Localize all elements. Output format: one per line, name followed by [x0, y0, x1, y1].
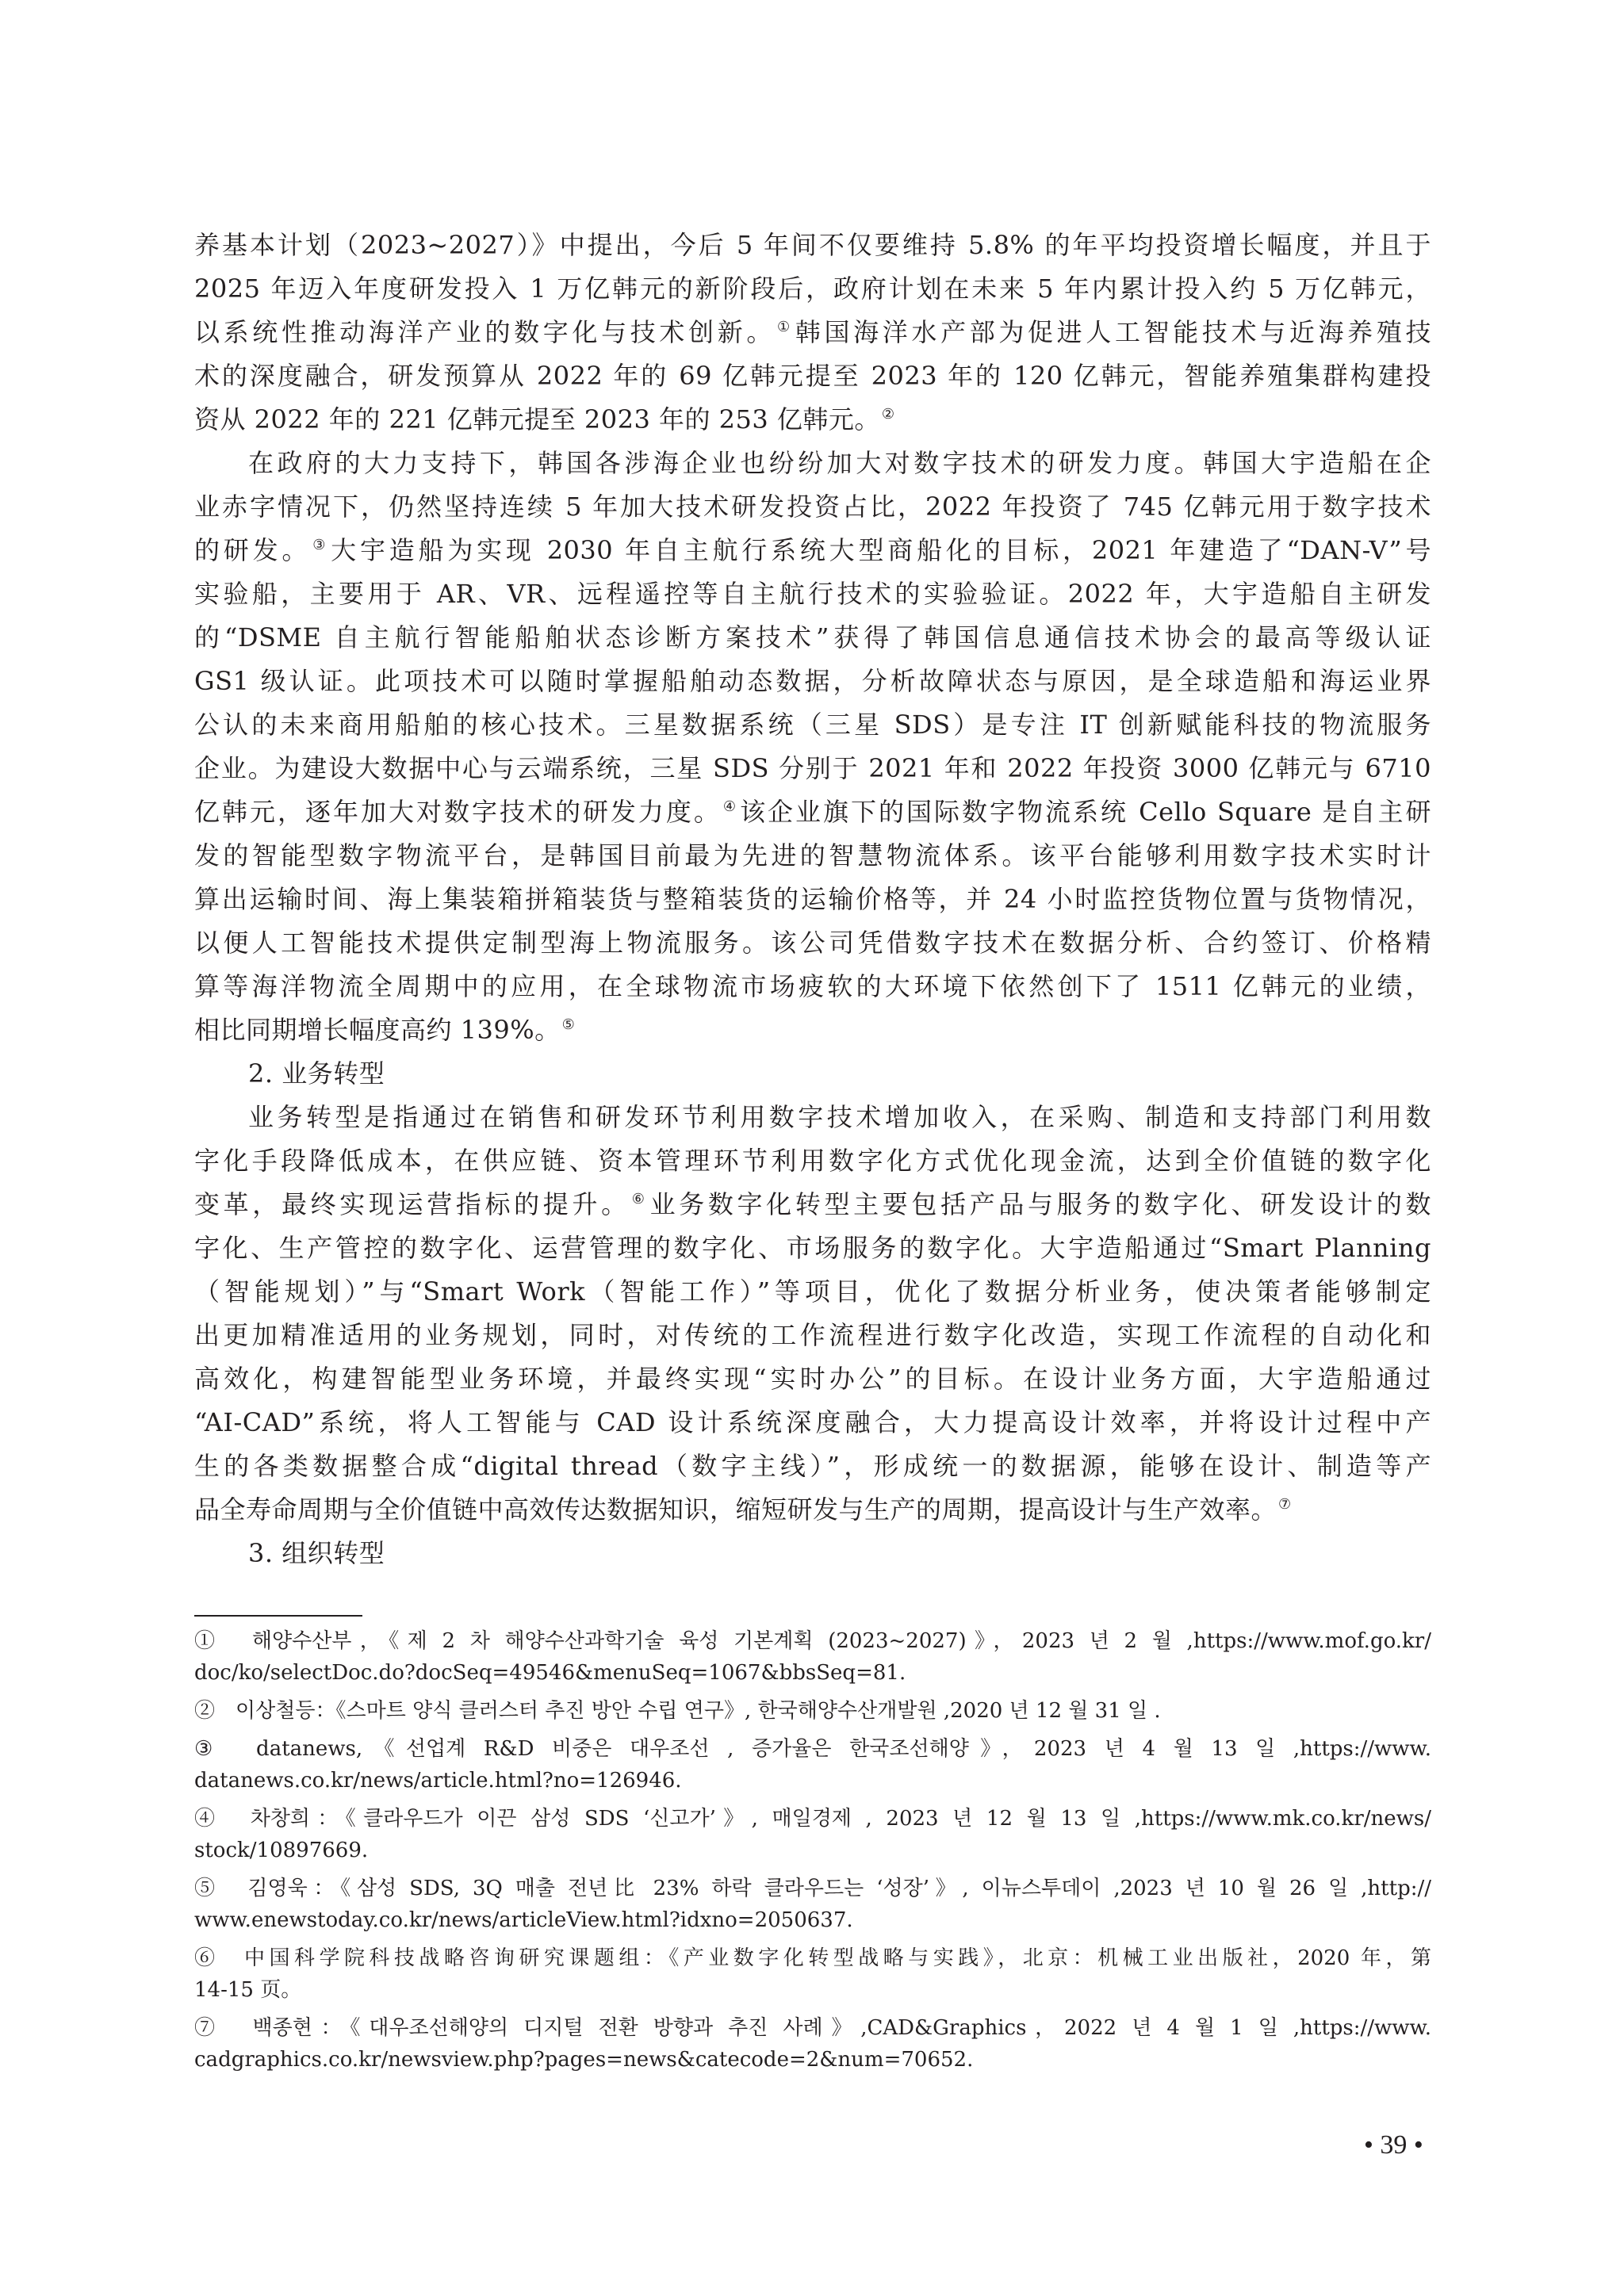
text-line: 资从 2022 年的 221 亿韩元提至 2023 年的 253 亿韩元。② — [194, 398, 1431, 442]
footnote-line: 14-15 页。 — [194, 1974, 1431, 2006]
line-text: 字化、生产管控的数字化、运营管理的数字化、市场服务的数字化。大宇造船通过“Sma… — [194, 1233, 1431, 1263]
footnote-line: stock/10897669. — [194, 1835, 1431, 1866]
footnote-item: ② 이상철등：《스마트 양식 클러스터 추진 방안 수립 연구》, 한국해양수산… — [194, 1695, 1431, 1727]
footnote-item: ⑦ 백종현：《대우조선해양의 디지털 전환 방향과 추진 사례》,CAD&Gra… — [194, 2012, 1431, 2076]
line-text: 亿韩元，逐年加大对数字技术的研发力度。 — [194, 797, 722, 827]
line-text: 生的各类数据整合成“digital thread（数字主线）”，形成统一的数据源… — [194, 1451, 1431, 1481]
line-text: 术的深度融合，研发预算从 2022 年的 69 亿韩元提至 2023 年的 12… — [194, 361, 1431, 391]
footnote-line: ⑤ 김영욱：《삼성 SDS, 3Q 매출 전년比 23% 하락 클라우드는 ‘성… — [194, 1873, 1431, 1904]
footnote-line: ③ datanews,《선업계 R&D 비중은 대우조선 , 증가율은 한국조선… — [194, 1733, 1431, 1765]
section-heading: 2. 业务转型 — [194, 1052, 1431, 1096]
line-text: 高效化，构建智能型业务环境，并最终实现“实时办公”的目标。在设计业务方面，大宇造… — [194, 1364, 1431, 1394]
page-number: • 39 • — [1364, 2130, 1423, 2160]
line-text: 相比同期增长幅度高约 139%。 — [194, 1015, 561, 1045]
line-text: （智能规划）”与“Smart Work（智能工作）”等项目，优化了数据分析业务，… — [194, 1276, 1431, 1307]
text-line: 实验船，主要用于 AR、VR、远程遥控等自主航行技术的实验验证。2022 年，大… — [194, 572, 1431, 616]
footnote-item: ① 해양수산부，《제 2 차 해양수산과학기술 육성 기본계획 (2023~20… — [194, 1625, 1431, 1689]
footnote-line: ⑥ 中国科学院科技战略咨询研究课题组：《产业数字化转型战略与实践》，北京：机械工… — [194, 1942, 1431, 1974]
line-text: 3. 组织转型 — [248, 1538, 385, 1568]
text-line: （智能规划）”与“Smart Work（智能工作）”等项目，优化了数据分析业务，… — [194, 1270, 1431, 1314]
line-text: 品全寿命周期与全价值链中高效传达数据知识，缩短研发与生产的周期，提高设计与生产效… — [194, 1494, 1277, 1525]
line-text: 大宇造船为实现 2030 年自主航行系统大型商船化的目标，2021 年建造了“D… — [331, 535, 1431, 565]
line-text: 的研发。 — [194, 535, 311, 565]
text-line: 业赤字情况下，仍然坚持连续 5 年加大技术研发投资占比，2022 年投资了 74… — [194, 485, 1431, 529]
text-line: 业务转型是指通过在销售和研发环节利用数字技术增加收入，在采购、制造和支持部门利用… — [194, 1096, 1431, 1139]
text-line: 算出运输时间、海上集装箱拼箱装货与整箱装货的运输价格等，并 24 小时监控货物位… — [194, 878, 1431, 921]
text-line: 以便人工智能技术提供定制型海上物流服务。该公司凭借数字技术在数据分析、合约签订、… — [194, 921, 1431, 965]
line-text: 字化手段降低成本，在供应链、资本管理环节利用数字化方式优化现金流，达到全价值链的… — [194, 1146, 1431, 1176]
footnote-marker[interactable]: ④ — [723, 798, 738, 815]
line-text: 2025 年迈入年度研发投入 1 万亿韩元的新阶段后，政府计划在未来 5 年内累… — [194, 274, 1431, 304]
line-text: 实验船，主要用于 AR、VR、远程遥控等自主航行技术的实验验证。2022 年，大… — [194, 579, 1431, 609]
text-line: 的研发。③大宇造船为实现 2030 年自主航行系统大型商船化的目标，2021 年… — [194, 529, 1431, 572]
text-line: 品全寿命周期与全价值链中高效传达数据知识，缩短研发与生产的周期，提高设计与生产效… — [194, 1488, 1431, 1532]
text-line: 公认的未来商用船舶的核心技术。三星数据系统（三星 SDS）是专注 IT 创新赋能… — [194, 703, 1431, 747]
line-text: 以便人工智能技术提供定制型海上物流服务。该公司凭借数字技术在数据分析、合约签订、… — [194, 928, 1431, 958]
footnote-line: ② 이상철등：《스마트 양식 클러스터 추진 방안 수립 연구》, 한국해양수산… — [194, 1695, 1431, 1727]
text-line: “AI-CAD”系统，将人工智能与 CAD 设计系统深度融合，大力提高设计效率，… — [194, 1401, 1431, 1445]
section-heading: 3. 组织转型 — [194, 1532, 1431, 1575]
text-line: 出更加精准适用的业务规划，同时，对传统的工作流程进行数字化改造，实现工作流程的自… — [194, 1314, 1431, 1357]
body-text: 养基本计划（2023~2027）》中提出，今后 5 年间不仅要维持 5.8% 的… — [194, 224, 1431, 1575]
line-text: 以系统性推动海洋产业的数字化与技术创新。 — [194, 317, 776, 347]
text-line: 字化、生产管控的数字化、运营管理的数字化、市场服务的数字化。大宇造船通过“Sma… — [194, 1226, 1431, 1270]
text-line: 以系统性推动海洋产业的数字化与技术创新。①韩国海洋水产部为促进人工智能技术与近海… — [194, 311, 1431, 354]
line-text: 变革，最终实现运营指标的提升。 — [194, 1189, 630, 1219]
text-line: 亿韩元，逐年加大对数字技术的研发力度。④该企业旗下的国际数字物流系统 Cello… — [194, 790, 1431, 834]
text-line: 生的各类数据整合成“digital thread（数字主线）”，形成统一的数据源… — [194, 1445, 1431, 1488]
line-text: 资从 2022 年的 221 亿韩元提至 2023 年的 253 亿韩元。 — [194, 404, 880, 434]
footnote-item: ⑤ 김영욱：《삼성 SDS, 3Q 매출 전년比 23% 하락 클라우드는 ‘성… — [194, 1873, 1431, 1936]
line-text: 出更加精准适用的业务规划，同时，对传统的工作流程进行数字化改造，实现工作流程的自… — [194, 1320, 1431, 1350]
line-text: GS1 级认证。此项技术可以随时掌握船舶动态数据，分析故障状态与原因，是全球造船… — [194, 666, 1431, 696]
line-text: 韩国海洋水产部为促进人工智能技术与近海养殖技 — [795, 317, 1431, 347]
line-text: 发的智能型数字物流平台，是韩国目前最为先进的智慧物流体系。该平台能够利用数字技术… — [194, 840, 1431, 871]
line-text: 该企业旗下的国际数字物流系统 Cello Square 是自主研 — [740, 797, 1431, 827]
text-line: 字化手段降低成本，在供应链、资本管理环节利用数字化方式优化现金流，达到全价值链的… — [194, 1139, 1431, 1183]
footnote-line: ④ 차창희：《클라우드가 이끈 삼성 SDS ‘신고가’》, 매일경제 , 20… — [194, 1803, 1431, 1835]
text-line: 变革，最终实现运营指标的提升。⑥业务数字化转型主要包括产品与服务的数字化、研发设… — [194, 1183, 1431, 1226]
footnote-marker[interactable]: ② — [882, 406, 895, 423]
footnotes: ① 해양수산부，《제 2 차 해양수산과학기술 육성 기본계획 (2023~20… — [194, 1625, 1431, 2082]
footnote-line: www.enewstoday.co.kr/news/articleView.ht… — [194, 1904, 1431, 1936]
line-text: 的“DSME 自主航行智能船舶状态诊断方案技术”获得了韩国信息通信技术协会的最高… — [194, 622, 1431, 652]
text-line: 相比同期增长幅度高约 139%。⑤ — [194, 1008, 1431, 1052]
line-text: 算出运输时间、海上集装箱拼箱装货与整箱装货的运输价格等，并 24 小时监控货物位… — [194, 884, 1431, 914]
footnote-line: doc/ko/selectDoc.do?docSeq=49546&menuSeq… — [194, 1657, 1431, 1689]
line-text: 养基本计划（2023~2027）》中提出，今后 5 年间不仅要维持 5.8% 的… — [194, 230, 1431, 260]
line-text: 在政府的大力支持下，韩国各涉海企业也纷纷加大对数字技术的研发力度。韩国大宇造船在… — [248, 448, 1431, 478]
text-line: 养基本计划（2023~2027）》中提出，今后 5 年间不仅要维持 5.8% 的… — [194, 224, 1431, 267]
line-text: 业赤字情况下，仍然坚持连续 5 年加大技术研发投资占比，2022 年投资了 74… — [194, 492, 1431, 522]
footnote-marker[interactable]: ③ — [312, 537, 329, 553]
footnote-marker[interactable]: ⑤ — [562, 1016, 576, 1033]
line-text: “AI-CAD”系统，将人工智能与 CAD 设计系统深度融合，大力提高设计效率，… — [194, 1407, 1431, 1437]
text-line: 高效化，构建智能型业务环境，并最终实现“实时办公”的目标。在设计业务方面，大宇造… — [194, 1357, 1431, 1401]
footnote-marker[interactable]: ① — [777, 319, 794, 335]
text-line: 的“DSME 自主航行智能船舶状态诊断方案技术”获得了韩国信息通信技术协会的最高… — [194, 616, 1431, 660]
text-line: 2025 年迈入年度研发投入 1 万亿韩元的新阶段后，政府计划在未来 5 年内累… — [194, 267, 1431, 311]
line-text: 公认的未来商用船舶的核心技术。三星数据系统（三星 SDS）是专注 IT 创新赋能… — [194, 710, 1431, 740]
footnote-line: datanews.co.kr/news/article.html?no=1269… — [194, 1765, 1431, 1797]
footnote-line: ① 해양수산부，《제 2 차 해양수산과학기술 육성 기본계획 (2023~20… — [194, 1625, 1431, 1657]
text-line: 术的深度融合，研发预算从 2022 年的 69 亿韩元提至 2023 年的 12… — [194, 354, 1431, 398]
text-line: 发的智能型数字物流平台，是韩国目前最为先进的智慧物流体系。该平台能够利用数字技术… — [194, 834, 1431, 878]
text-line: 在政府的大力支持下，韩国各涉海企业也纷纷加大对数字技术的研发力度。韩国大宇造船在… — [194, 442, 1431, 485]
text-line: 算等海洋物流全周期中的应用，在全球物流市场疲软的大环境下依然创下了 1511 亿… — [194, 965, 1431, 1008]
text-line: GS1 级认证。此项技术可以随时掌握船舶动态数据，分析故障状态与原因，是全球造船… — [194, 660, 1431, 703]
footnote-item: ④ 차창희：《클라우드가 이끈 삼성 SDS ‘신고가’》, 매일경제 , 20… — [194, 1803, 1431, 1866]
footnote-divider — [194, 1615, 362, 1617]
footnote-item: ⑥ 中国科学院科技战略咨询研究课题组：《产业数字化转型战略与实践》，北京：机械工… — [194, 1942, 1431, 2006]
footnote-item: ③ datanews,《선업계 R&D 비중은 대우조선 , 증가율은 한국조선… — [194, 1733, 1431, 1797]
footnote-marker[interactable]: ⑦ — [1278, 1496, 1292, 1513]
line-text: 业务数字化转型主要包括产品与服务的数字化、研发设计的数 — [650, 1189, 1431, 1219]
line-text: 企业。为建设大数据中心与云端系统，三星 SDS 分别于 2021 年和 2022… — [194, 753, 1431, 783]
footnote-line: ⑦ 백종현：《대우조선해양의 디지털 전환 방향과 추진 사례》,CAD&Gra… — [194, 2012, 1431, 2044]
footnote-marker[interactable]: ⑥ — [632, 1191, 649, 1207]
line-text: 业务转型是指通过在销售和研发环节利用数字技术增加收入，在采购、制造和支持部门利用… — [248, 1102, 1431, 1132]
footnote-line: cadgraphics.co.kr/newsview.php?pages=new… — [194, 2044, 1431, 2076]
line-text: 2. 业务转型 — [248, 1058, 385, 1089]
text-line: 企业。为建设大数据中心与云端系统，三星 SDS 分别于 2021 年和 2022… — [194, 747, 1431, 790]
line-text: 算等海洋物流全周期中的应用，在全球物流市场疲软的大环境下依然创下了 1511 亿… — [194, 971, 1431, 1001]
